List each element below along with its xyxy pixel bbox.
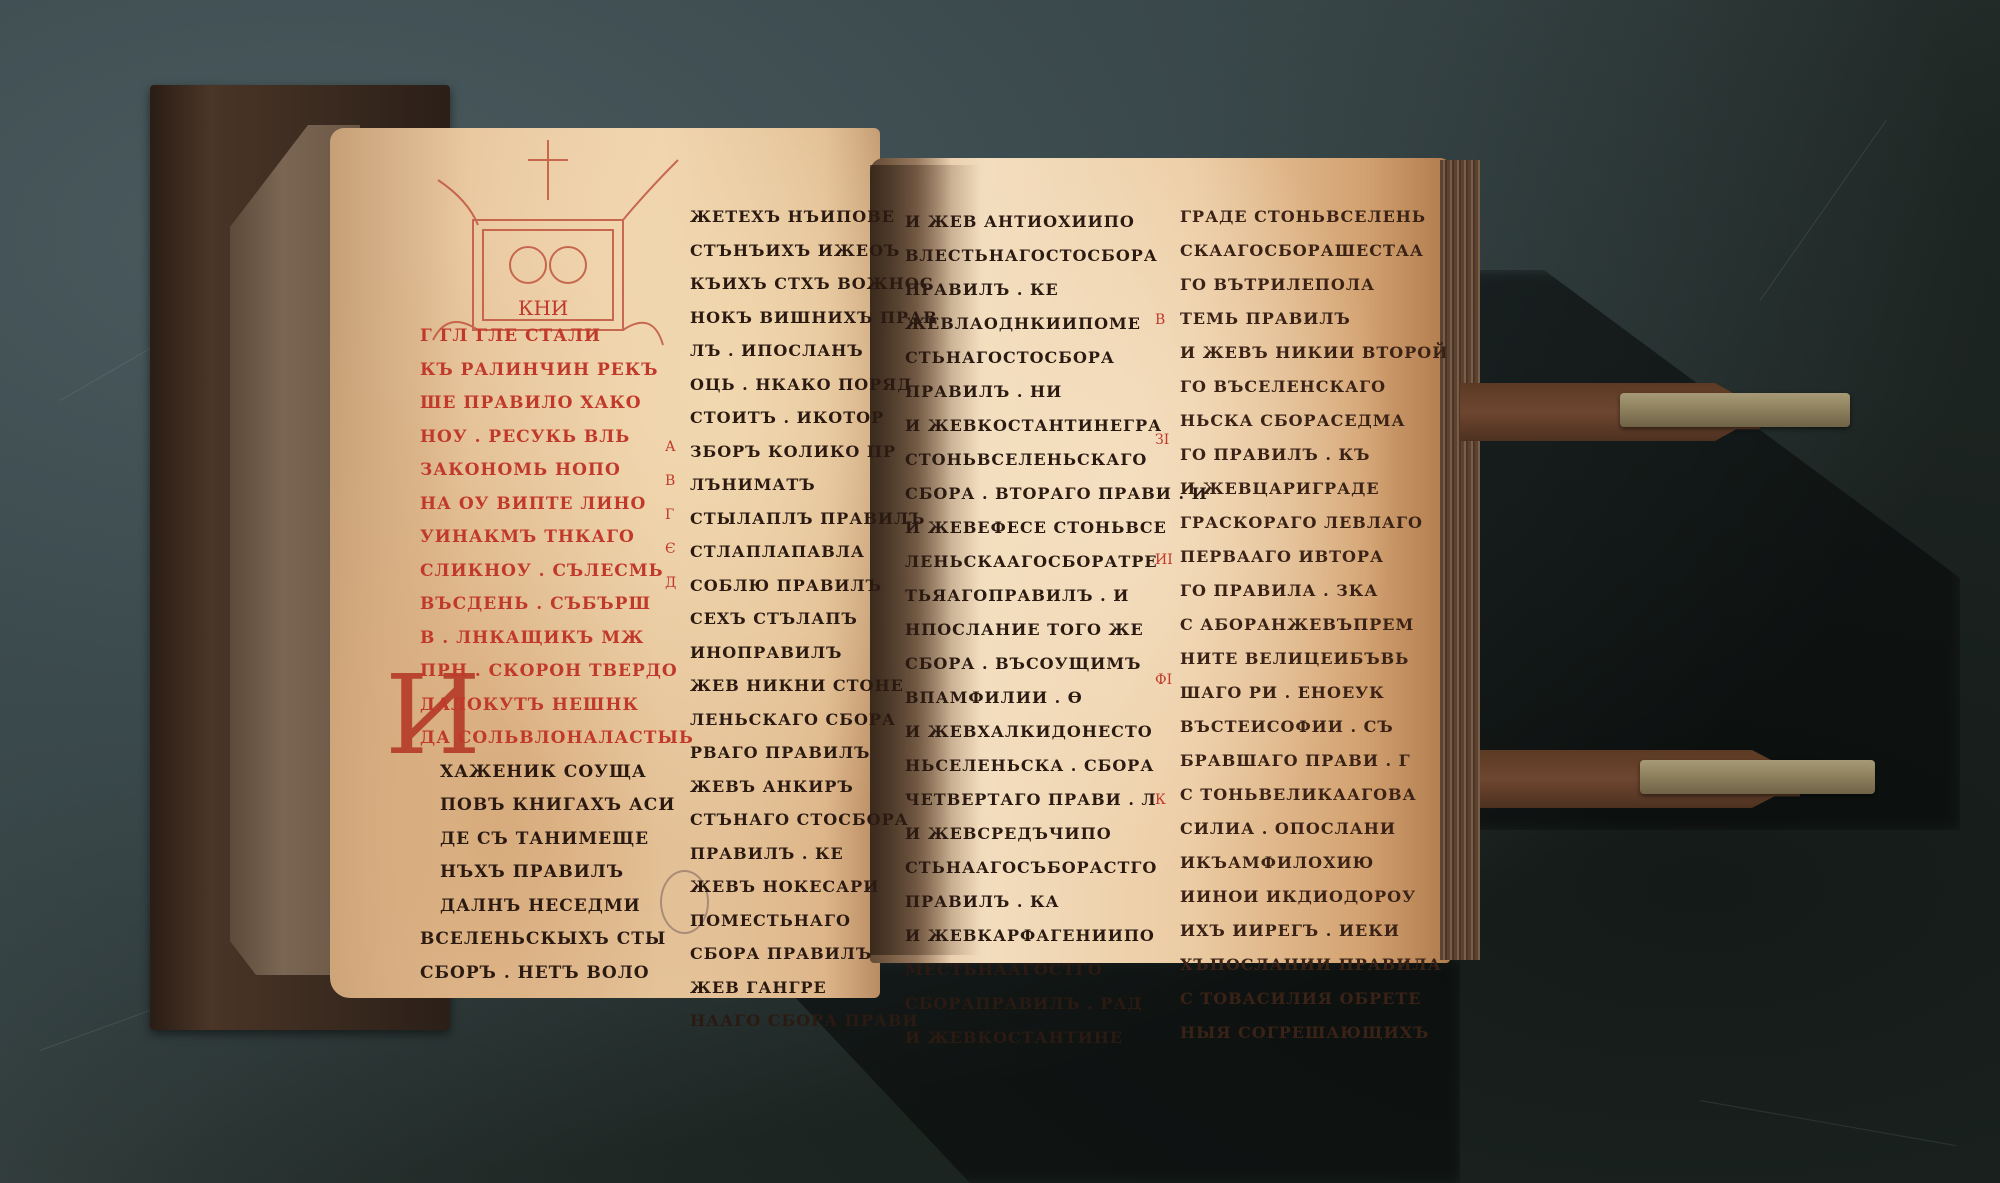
brass-clasp-lower xyxy=(1640,760,1875,794)
margin-numerals-right: В ЗІ ИІ ФІ К xyxy=(1155,260,1173,860)
left-page-column-b: ЖЕТЕХЪ НЪИПОВЕ СТЪНЪИХЪ ИЖЕОЪ КЪИХЪ СТХЪ… xyxy=(690,200,938,1038)
brass-clasp-upper xyxy=(1620,393,1850,427)
book-shadow xyxy=(1440,270,1960,830)
svg-text:КНИ: КНИ xyxy=(518,296,568,320)
surface-scratch xyxy=(1700,1100,1956,1146)
right-page-column-b: ГРАДЕ СТОНЬВСЕЛЕНЬ СКААГОСБОРАШЕСТАА ГО … xyxy=(1180,200,1448,1050)
margin-numerals-left: А В Г Є Д xyxy=(665,430,676,600)
left-page-column-a: Г ГЛ ГЛЕ СТАЛИ КЪ РАЛИНЧИН РЕКЪ ШЕ ПРАВИ… xyxy=(420,320,694,990)
surface-scratch xyxy=(1760,120,1887,301)
headpiece-ornament: КНИ xyxy=(418,140,708,350)
